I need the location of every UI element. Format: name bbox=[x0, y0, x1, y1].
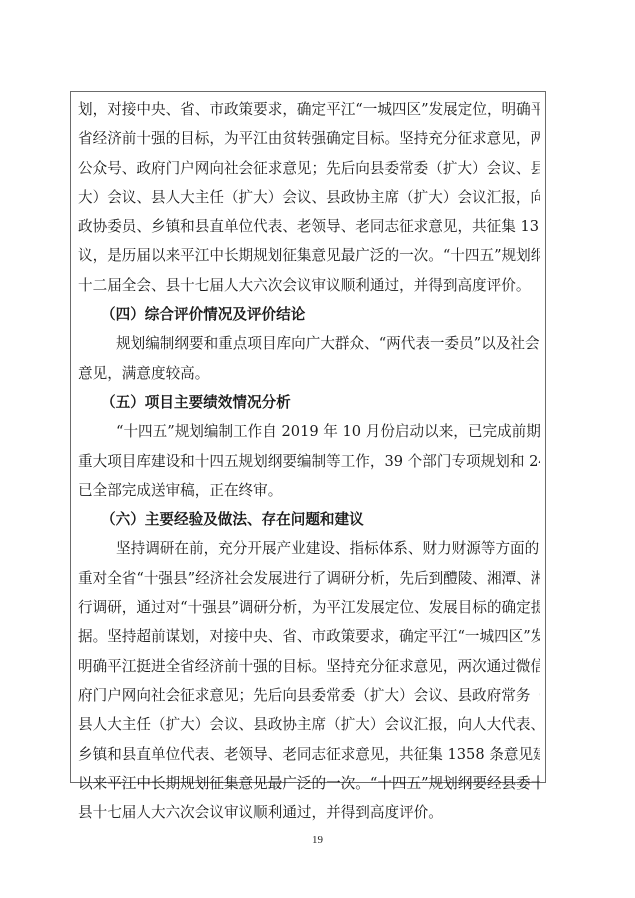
page-number: 19 bbox=[0, 834, 635, 846]
text-line: “十四五”规划编制工作自 2019 年 10 月份启动以来，已完成前期重大课题研… bbox=[78, 417, 540, 446]
section-heading-4: （四）综合评价情况及评价结论 bbox=[78, 300, 540, 329]
text-line: 以来平江中长期规划征集意见最广泛的一次。“十四五”规划纲要经县委十二届全会、 bbox=[78, 769, 540, 798]
text-line: 已全部完成送审稿，正在终审。 bbox=[78, 476, 540, 505]
text-line: 据。坚持超前谋划，对接中央、省、市政策要求，确定平江“一城四区”发展定位， bbox=[78, 622, 540, 651]
text-line: 十二届全会、县十七届人大六次会议审议顺利通过，并得到高度评价。 bbox=[78, 271, 540, 300]
text-line: 府门户网向社会征求意见；先后向县委常委（扩大）会议、县政府常务（扩大）会议、 bbox=[78, 681, 540, 710]
text-line: 县人大主任（扩大）会议、县政协主席（扩大）会议汇报，向人大代表、政协委员、 bbox=[78, 710, 540, 739]
text-line: 规划编制纲要和重点项目库向广大群众、“两代表一委员”以及社会各界等征求 bbox=[78, 329, 540, 358]
paragraph-continued: 划，对接中央、省、市政策要求，确定平江“一城四区”发展定位，明确平江挺进全 省经… bbox=[78, 95, 540, 300]
text-line: 坚持调研在前，充分开展产业建设、指标体系、财力财源等方面的前期调研，着 bbox=[78, 534, 540, 563]
text-line: 重大项目库建设和十四五规划纲要编制等工作，39 个部门专项规划和 24 个乡镇规… bbox=[78, 447, 540, 476]
text-line: 意见，满意度较高。 bbox=[78, 359, 540, 388]
text-line: 行调研，通过对“十强县”调研分析，为平江发展定位、发展目标的确定提供参考依 bbox=[78, 593, 540, 622]
paragraph-evaluation: 规划编制纲要和重点项目库向广大群众、“两代表一委员”以及社会各界等征求 意见，满… bbox=[78, 329, 540, 388]
text-line: 政协委员、乡镇和县直单位代表、老领导、老同志征求意见，共征集 1358 条意见建 bbox=[78, 212, 540, 241]
text-line: 县十七届人大六次会议审议顺利通过，并得到高度评价。 bbox=[78, 798, 540, 827]
paragraph-experience: 坚持调研在前，充分开展产业建设、指标体系、财力财源等方面的前期调研，着 重对全省… bbox=[78, 534, 540, 827]
section-heading-6: （六）主要经验及做法、存在问题和建议 bbox=[78, 505, 540, 534]
text-line: 省经济前十强的目标，为平江由贫转强确定目标。坚持充分征求意见，两次通过微信 bbox=[78, 124, 540, 153]
text-line: 划，对接中央、省、市政策要求，确定平江“一城四区”发展定位，明确平江挺进全 bbox=[78, 95, 540, 124]
text-line: 议，是历届以来平江中长期规划征集意见最广泛的一次。“十四五”规划纲要经县委 bbox=[78, 241, 540, 270]
document-body: 划，对接中央、省、市政策要求，确定平江“一城四区”发展定位，明确平江挺进全 省经… bbox=[78, 95, 540, 827]
text-line: 乡镇和县直单位代表、老领导、老同志征求意见，共征集 1358 条意见建议，是历届 bbox=[78, 740, 540, 769]
section-heading-5: （五）项目主要绩效情况分析 bbox=[78, 388, 540, 417]
text-line: 明确平江挺进全省经济前十强的目标。坚持充分征求意见，两次通过微信公众号、政 bbox=[78, 652, 540, 681]
paragraph-performance: “十四五”规划编制工作自 2019 年 10 月份启动以来，已完成前期重大课题研… bbox=[78, 417, 540, 505]
text-line: 大）会议、县人大主任（扩大）会议、县政协主席（扩大）会议汇报，向人大代表、 bbox=[78, 183, 540, 212]
text-line: 公众号、政府门户网向社会征求意见；先后向县委常委（扩大）会议、县政府常务（扩 bbox=[78, 154, 540, 183]
text-line: 重对全省“十强县”经济社会发展进行了调研分析，先后到醴陵、湘潭、湘乡等地进 bbox=[78, 564, 540, 593]
